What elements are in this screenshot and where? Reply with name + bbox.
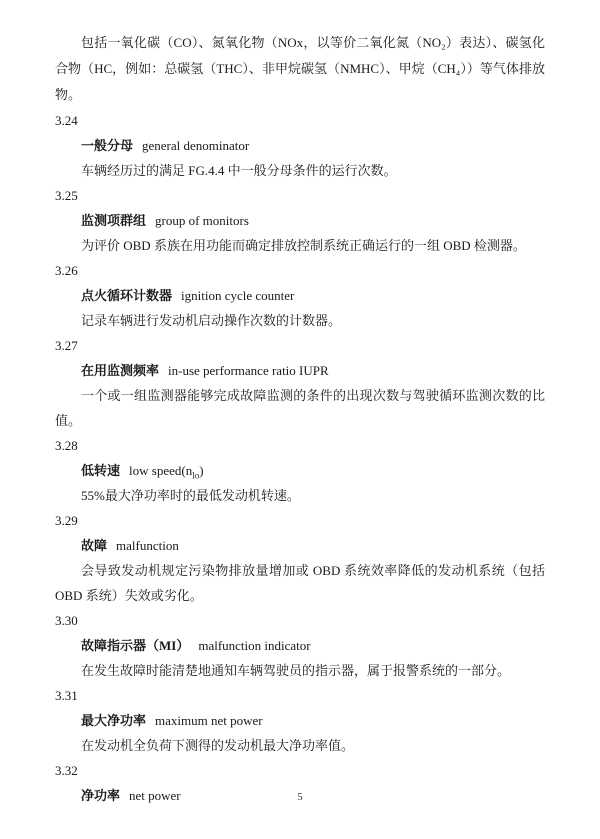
term-chinese: 低转速: [81, 463, 120, 478]
term-line: 最大净功率maximum net power: [55, 708, 545, 733]
term-english: malfunction: [116, 538, 179, 553]
term-line: 在用监测频率in-use performance ratio IUPR: [55, 358, 545, 383]
definition-section: 3.31 最大净功率maximum net power 在发动机全负荷下测得的发…: [55, 683, 545, 758]
definition-section: 3.26 点火循环计数器ignition cycle counter 记录车辆进…: [55, 258, 545, 333]
term-chinese: 故障指示器（MI）: [81, 638, 189, 653]
definition-text: 一个或一组监测器能够完成故障监测的条件的出现次数与驾驶循环监测次数的比值。: [55, 383, 545, 433]
definition-section: 3.28 低转速low speed(nlo) 55%最大净功率时的最低发动机转速…: [55, 433, 545, 508]
definition-section: 3.29 故障malfunction 会导致发动机规定污染物排放量增加或 OBD…: [55, 508, 545, 608]
term-english: maximum net power: [155, 713, 263, 728]
term-line: 故障malfunction: [55, 533, 545, 558]
term-english: general denominator: [142, 138, 249, 153]
term-line: 低转速low speed(nlo): [55, 458, 545, 483]
section-number: 3.30: [55, 608, 545, 633]
section-number: 3.29: [55, 508, 545, 533]
term-chinese: 一般分母: [81, 138, 133, 153]
term-english: malfunction indicator: [198, 638, 310, 653]
definition-text: 在发动机全负荷下测得的发动机最大净功率值。: [55, 733, 545, 758]
section-number: 3.28: [55, 433, 545, 458]
definition-section: 3.25 监测项群组group of monitors 为评价 OBD 系族在用…: [55, 183, 545, 258]
section-number: 3.24: [55, 108, 545, 133]
section-number: 3.32: [55, 758, 545, 783]
term-line: 故障指示器（MI）malfunction indicator: [55, 633, 545, 658]
term-line: 一般分母general denominator: [55, 133, 545, 158]
term-chinese: 故障: [81, 538, 107, 553]
definition-section: 3.30 故障指示器（MI）malfunction indicator 在发生故…: [55, 608, 545, 683]
term-chinese: 监测项群组: [81, 213, 146, 228]
page-content: 包括一氧化碳（CO）、氮氧化物（NOx，以等价二氧化氮（NO₂）表达）、碳氢化合…: [0, 0, 600, 808]
document-page: 包括一氧化碳（CO）、氮氧化物（NOx，以等价二氧化氮（NO₂）表达）、碳氢化合…: [0, 0, 600, 839]
definition-text: 车辆经历过的满足 FG.4.4 中一般分母条件的运行次数。: [55, 158, 545, 183]
term-english: ignition cycle counter: [181, 288, 294, 303]
term-english: group of monitors: [155, 213, 249, 228]
definition-text: 在发生故障时能清楚地通知车辆驾驶员的指示器，属于报警系统的一部分。: [55, 658, 545, 683]
term-english: in-use performance ratio IUPR: [168, 363, 329, 378]
term-line: 监测项群组group of monitors: [55, 208, 545, 233]
section-number: 3.25: [55, 183, 545, 208]
definition-section: 3.27 在用监测频率in-use performance ratio IUPR…: [55, 333, 545, 433]
section-number: 3.26: [55, 258, 545, 283]
term-chinese: 最大净功率: [81, 713, 146, 728]
definition-text: 记录车辆进行发动机启动操作次数的计数器。: [55, 308, 545, 333]
term-line: 点火循环计数器ignition cycle counter: [55, 283, 545, 308]
page-number: 5: [0, 791, 600, 803]
definition-text: 会导致发动机规定污染物排放量增加或 OBD 系统效率降低的发动机系统（包括 OB…: [55, 558, 545, 608]
definition-text: 55%最大净功率时的最低发动机转速。: [55, 483, 545, 508]
section-number: 3.27: [55, 333, 545, 358]
definition-section: 3.24 一般分母general denominator 车辆经历过的满足 FG…: [55, 108, 545, 183]
term-chinese: 点火循环计数器: [81, 288, 172, 303]
definition-text: 为评价 OBD 系族在用功能而确定排放控制系统正确运行的一组 OBD 检测器。: [55, 233, 545, 258]
intro-paragraph: 包括一氧化碳（CO）、氮氧化物（NOx，以等价二氧化氮（NO₂）表达）、碳氢化合…: [55, 30, 545, 108]
term-chinese: 在用监测频率: [81, 363, 159, 378]
term-english: low speed(nlo): [129, 463, 204, 478]
section-number: 3.31: [55, 683, 545, 708]
